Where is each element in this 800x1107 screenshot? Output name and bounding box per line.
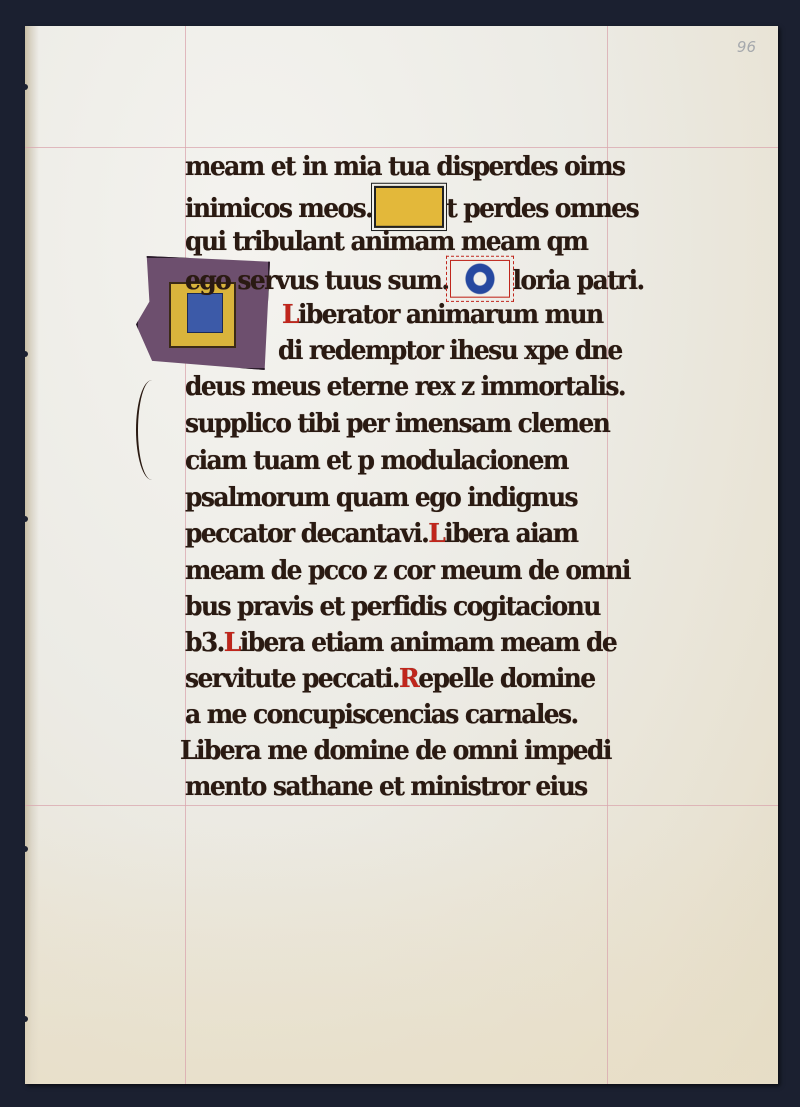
line-text: servitute peccati. bbox=[185, 663, 399, 693]
text-line-5: Liberator animarum mun bbox=[282, 299, 603, 339]
sewing-hole bbox=[22, 351, 28, 357]
pen-flourish bbox=[136, 380, 168, 480]
folio-number: 96 bbox=[737, 38, 756, 56]
text-line-17: Libera me domine de omni impedi bbox=[180, 735, 611, 775]
gold-initial-E bbox=[374, 186, 444, 228]
line-text: psalmorum quam ego indignus bbox=[185, 482, 577, 512]
line-text: inimicos meos. bbox=[185, 193, 372, 223]
text-line-4: ego servus tuus sum.loria patri. bbox=[185, 263, 644, 303]
rubric-letter: R bbox=[399, 663, 418, 693]
rubric-letter: L bbox=[224, 627, 240, 657]
text-line-15: servitute peccati.Repelle domine bbox=[185, 663, 595, 703]
line-text: ego servus tuus sum. bbox=[185, 265, 448, 295]
text-line-3: qui tribulant animam meam qm bbox=[185, 226, 587, 266]
line-text: a me concupiscencias carnales. bbox=[185, 699, 578, 729]
text-line-2: inimicos meos.t perdes omnes bbox=[185, 189, 638, 229]
text-line-14: b3.Libera etiam animam meam de bbox=[185, 627, 616, 667]
ruling-top bbox=[25, 147, 778, 148]
sewing-hole bbox=[22, 84, 28, 90]
line-text: epelle domine bbox=[418, 663, 594, 693]
sewing-hole bbox=[22, 516, 28, 522]
line-text: deus meus eterne rex z immortalis. bbox=[185, 371, 625, 401]
line-text: mento sathane et ministror eius bbox=[185, 771, 587, 801]
line-text: Libera me domine de omni impedi bbox=[180, 735, 611, 765]
sewing-hole bbox=[22, 846, 28, 852]
text-line-12: meam de pcco z cor meum de omni bbox=[185, 555, 630, 595]
line-text: b3. bbox=[185, 627, 224, 657]
text-line-6: di redemptor ihesu xpe dne bbox=[278, 335, 622, 375]
text-line-7: deus meus eterne rex z immortalis. bbox=[185, 371, 625, 411]
line-text: ibera aiam bbox=[444, 518, 577, 548]
rubric-letter: L bbox=[428, 518, 444, 548]
line-text: qui tribulant animam meam qm bbox=[185, 226, 587, 256]
line-text: supplico tibi per imensam clemen bbox=[185, 408, 609, 438]
blue-initial-G bbox=[450, 260, 510, 298]
line-text: t perdes omnes bbox=[446, 193, 638, 223]
text-line-8: supplico tibi per imensam clemen bbox=[185, 408, 609, 448]
line-text: ciam tuam et p modulacionem bbox=[185, 445, 568, 475]
sewing-hole bbox=[22, 1016, 28, 1022]
parchment-toning bbox=[25, 826, 778, 1084]
line-text: di redemptor ihesu xpe dne bbox=[278, 335, 622, 365]
line-text: loria patri. bbox=[512, 265, 643, 295]
text-line-11: peccator decantavi.Libera aiam bbox=[185, 518, 577, 558]
text-line-10: psalmorum quam ego indignus bbox=[185, 482, 577, 522]
line-text: meam de pcco z cor meum de omni bbox=[185, 555, 630, 585]
line-text: ibera etiam animam meam de bbox=[240, 627, 616, 657]
text-line-9: ciam tuam et p modulacionem bbox=[185, 445, 568, 485]
rubric-letter: L bbox=[282, 299, 298, 329]
line-text: meam et in mia tua disperdes oims bbox=[185, 151, 624, 181]
line-text: iberator animarum mun bbox=[298, 299, 603, 329]
text-line-18: mento sathane et ministror eius bbox=[185, 771, 587, 811]
text-line-13: bus pravis et perfidis cogitacionu bbox=[185, 591, 600, 631]
text-line-16: a me concupiscencias carnales. bbox=[185, 699, 578, 739]
line-text: peccator decantavi. bbox=[185, 518, 428, 548]
line-text: bus pravis et perfidis cogitacionu bbox=[185, 591, 600, 621]
